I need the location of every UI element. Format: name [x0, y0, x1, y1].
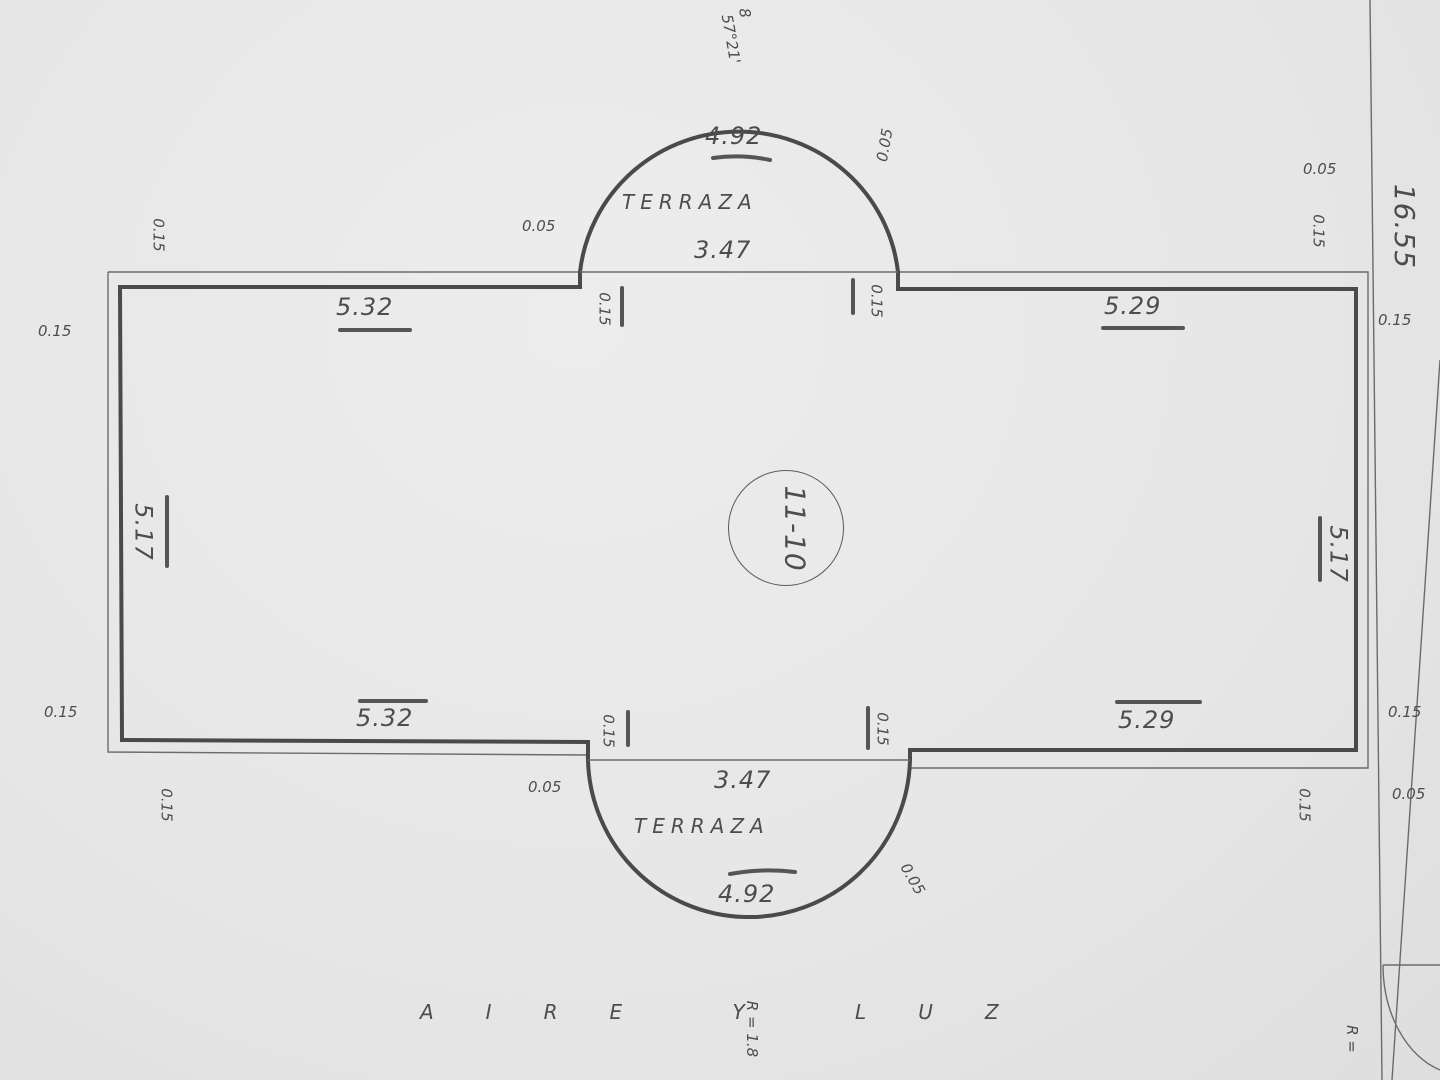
dim-small: 0.15	[1378, 311, 1411, 329]
dim-small: 0.15	[600, 714, 618, 747]
dim-bar	[713, 156, 770, 160]
floor-plan-sheet: 5.32 5.29 5.32 5.29 5.17 5.17 4.92 TERRA…	[0, 0, 1440, 1080]
dim-small: 0.15	[868, 284, 886, 317]
bottom-terrace-label: TERRAZA	[634, 814, 770, 838]
dim-small: 0.15	[44, 703, 77, 721]
dim-small: 0.15	[150, 218, 168, 251]
dim-small: 0.15	[158, 788, 176, 821]
dim-bar	[730, 870, 795, 874]
dim-small: 0.15	[596, 292, 614, 325]
dim-small: 0.05	[528, 778, 561, 796]
dim-small: 0.15	[38, 322, 71, 340]
dim-small: 0.15	[1388, 703, 1421, 721]
dim-small: 0.05	[1392, 785, 1425, 803]
dim-small: 0.05	[522, 217, 555, 235]
dim-bottom-terrace-arc: 4.92	[718, 880, 775, 908]
dim-bottom-right-wall: 5.29	[1118, 706, 1175, 734]
floor-plan-drawing	[0, 0, 1440, 1080]
curve-note: R = 1.8	[743, 1001, 761, 1057]
dim-top-terrace-arc: 4.92	[705, 122, 762, 150]
dim-small: 0.15	[874, 712, 892, 745]
dim-left-wall: 5.17	[130, 503, 158, 560]
dim-right-wall: 5.17	[1325, 525, 1353, 582]
dim-small: 0.15	[1310, 214, 1328, 247]
unit-id-label: 11-10	[779, 485, 812, 571]
dim-bottom-terrace-chord: 3.47	[714, 766, 771, 794]
dim-overall-right: 16.55	[1388, 184, 1421, 269]
top-terrace-label: TERRAZA	[622, 190, 758, 214]
street-label: AIRE Y LUZ	[420, 1000, 1051, 1024]
dim-top-terrace-chord: 3.47	[694, 236, 751, 264]
curve-note: R =	[1343, 1025, 1361, 1053]
dim-top-left-wall: 5.32	[336, 293, 393, 321]
dim-small: 0.15	[1296, 788, 1314, 821]
dim-bottom-left-wall: 5.32	[356, 704, 413, 732]
corner-curve	[1383, 965, 1440, 1070]
dim-small: 0.05	[1303, 160, 1336, 178]
property-line-right	[1370, 0, 1382, 1080]
dim-top-right-wall: 5.29	[1104, 292, 1161, 320]
